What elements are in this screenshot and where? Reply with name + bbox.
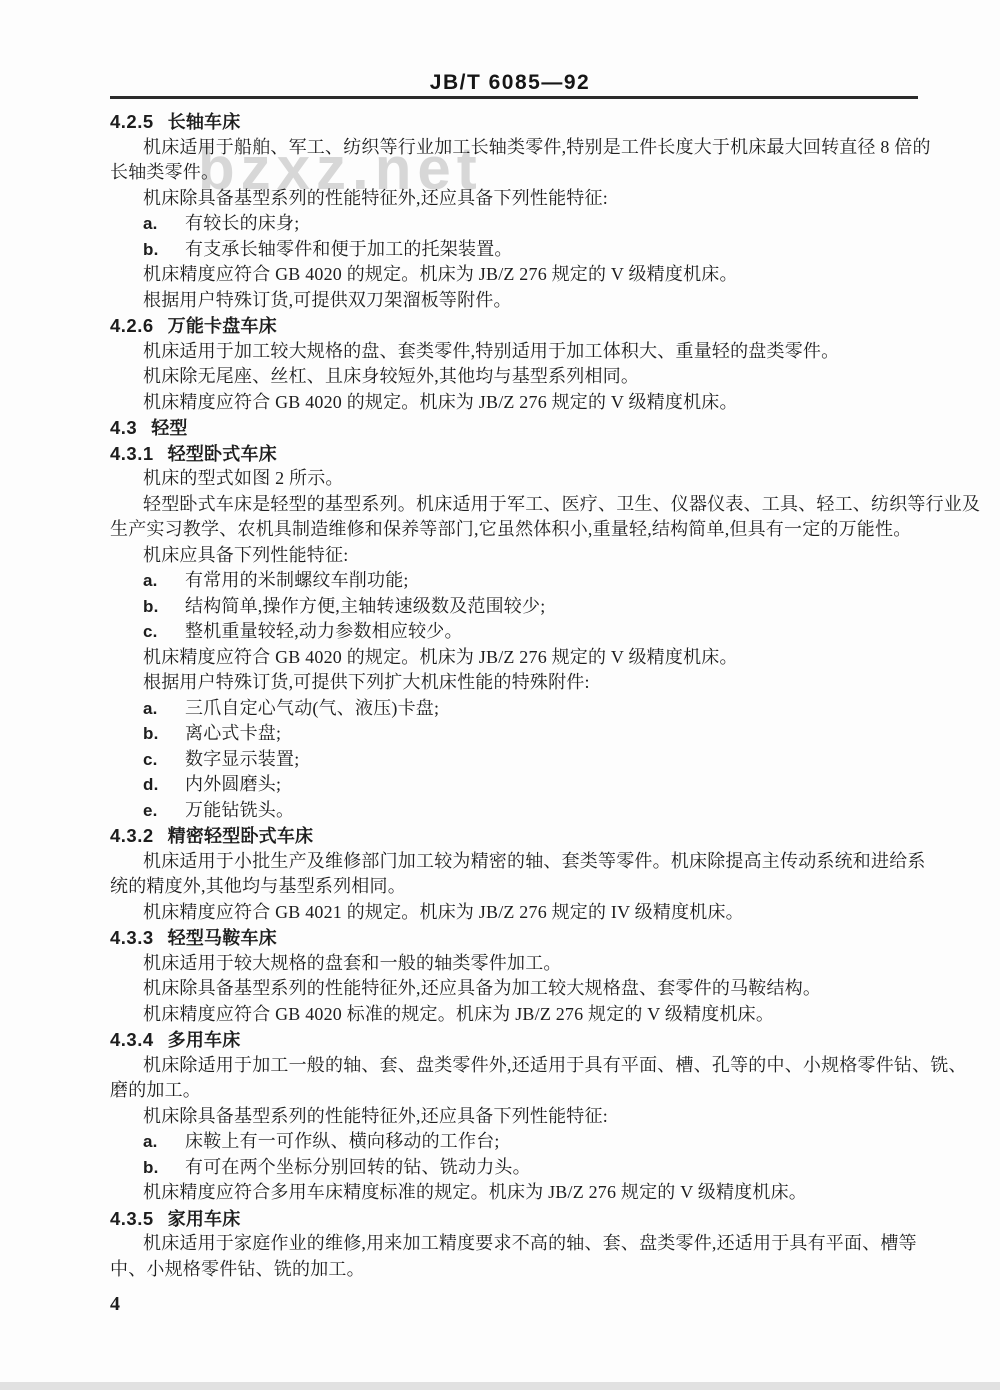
section-number: 4.3.3 [110, 927, 154, 948]
list-item: a.床鞍上有一可作纵、横向移动的工作台; [110, 1129, 920, 1155]
list-item-marker: c. [143, 747, 185, 773]
section-number: 4.3.2 [110, 825, 154, 846]
section-number: 4.3.1 [110, 443, 154, 464]
paragraph-first-line: 机床适用于小批生产及维修部门加工较为精密的轴、套类等零件。机床除提高主传动系统和… [110, 849, 920, 875]
list-item: c.整机重量较轻,动力参数相应较少。 [110, 619, 920, 645]
paragraph-text: 轻型卧式车床是轻型的基型系列。机床适用于军工、医疗、卫生、仪器仪表、工具、轻工、… [143, 494, 980, 514]
list-item-marker: e. [143, 798, 185, 824]
paragraph-first-line: 机床除无尾座、丝杠、且床身较短外,其他均与基型系列相同。 [110, 364, 920, 390]
paragraph-text: 根据用户特殊订货,可提供双刀架溜板等附件。 [143, 290, 512, 310]
paragraph-first-line: 机床精度应符合 GB 4021 的规定。机床为 JB/Z 276 规定的 IV … [110, 900, 920, 926]
section-number: 4.3.4 [110, 1029, 154, 1050]
section-title: 万能卡盘车床 [168, 316, 277, 336]
paragraph-text: 机床除适用于加工一般的轴、套、盘类零件外,还适用于具有平面、槽、孔等的中、小规格… [143, 1055, 967, 1075]
section-heading: 4.3.2精密轻型卧式车床 [110, 823, 920, 849]
paragraph-text: 机床除具备基型系列的性能特征外,还应具备为加工较大规格盘、套零件的马鞍结构。 [143, 978, 821, 998]
paragraph-text: 机床除具备基型系列的性能特征外,还应具备下列性能特征: [143, 188, 608, 208]
paragraph-text: 中、小规格零件钻、铣的加工。 [110, 1259, 365, 1279]
list-item-text: 数字显示装置; [185, 749, 299, 769]
paragraph-text: 机床应具备下列性能特征: [143, 545, 348, 565]
section-number: 4.2.6 [110, 315, 154, 336]
paragraph-first-line: 机床适用于家庭作业的维修,用来加工精度要求不高的轴、套、盘类零件,还适用于具有平… [110, 1231, 920, 1257]
paragraph-first-line: 机床精度应符合 GB 4020 的规定。机床为 JB/Z 276 规定的 V 级… [110, 645, 920, 671]
paragraph-first-line: 机床除具备基型系列的性能特征外,还应具备下列性能特征: [110, 1104, 920, 1130]
list-item-marker: d. [143, 772, 185, 798]
paragraph-first-line: 机床适用于船舶、军工、纺织等行业加工长轴类零件,特别是工件长度大于机床最大回转直… [110, 135, 920, 161]
list-item-text: 内外圆磨头; [185, 774, 281, 794]
standard-number: JB/T 6085—92 [430, 71, 590, 94]
list-item-marker: b. [143, 721, 185, 747]
paragraph-text: 机床精度应符合 GB 4021 的规定。机床为 JB/Z 276 规定的 IV … [143, 902, 744, 922]
list-item-text: 有可在两个坐标分别回转的钻、铣动力头。 [185, 1157, 531, 1177]
list-item-text: 有支承长轴零件和便于加工的托架装置。 [185, 239, 513, 259]
list-item: b.有支承长轴零件和便于加工的托架装置。 [110, 237, 920, 263]
list-item-marker: a. [143, 696, 185, 722]
paragraph-continuation-line: 中、小规格零件钻、铣的加工。 [110, 1257, 920, 1283]
page-header: JB/T 6085—92 [0, 71, 1000, 95]
list-item-text: 万能钻铣头。 [185, 800, 294, 820]
paragraph-first-line: 机床除适用于加工一般的轴、套、盘类零件外,还适用于具有平面、槽、孔等的中、小规格… [110, 1053, 920, 1079]
scan-bottom-edge [0, 1382, 1000, 1390]
paragraph-first-line: 机床应具备下列性能特征: [110, 543, 920, 569]
paragraph-first-line: 机床精度应符合 GB 4020 的规定。机床为 JB/Z 276 规定的 V 级… [110, 390, 920, 416]
paragraph-text: 机床适用于小批生产及维修部门加工较为精密的轴、套类等零件。机床除提高主传动系统和… [143, 851, 926, 871]
paragraph-text: 根据用户特殊订货,可提供下列扩大机床性能的特殊附件: [143, 672, 590, 692]
list-item: a.有较长的床身; [110, 211, 920, 237]
list-item: c.数字显示装置; [110, 747, 920, 773]
list-item-marker: b. [143, 237, 185, 263]
paragraph-text: 机床精度应符合 GB 4020 标准的规定。机床为 JB/Z 276 规定的 V… [143, 1004, 774, 1024]
paragraph-text: 机床适用于家庭作业的维修,用来加工精度要求不高的轴、套、盘类零件,还适用于具有平… [143, 1233, 917, 1253]
list-item-text: 有常用的米制螺纹车削功能; [185, 570, 409, 590]
list-item-text: 有较长的床身; [185, 213, 299, 233]
list-item-marker: b. [143, 1155, 185, 1181]
list-item-text: 离心式卡盘; [185, 723, 281, 743]
paragraph-first-line: 机床适用于加工较大规格的盘、套类零件,特别适用于加工体积大、重量轻的盘类零件。 [110, 339, 920, 365]
section-title: 精密轻型卧式车床 [168, 826, 314, 846]
section-title: 轻型 [151, 418, 187, 438]
section-heading: 4.3.4多用车床 [110, 1027, 920, 1053]
section-number: 4.3 [110, 417, 137, 438]
paragraph-text: 机床除具备基型系列的性能特征外,还应具备下列性能特征: [143, 1106, 608, 1126]
paragraph-first-line: 根据用户特殊订货,可提供双刀架溜板等附件。 [110, 288, 920, 314]
paragraph-text: 机床的型式如图 2 所示。 [143, 468, 344, 488]
section-number: 4.2.5 [110, 111, 154, 132]
paragraph-first-line: 机床的型式如图 2 所示。 [110, 466, 920, 492]
paragraph-text: 机床除无尾座、丝杠、且床身较短外,其他均与基型系列相同。 [143, 366, 639, 386]
section-heading: 4.2.5长轴车床 [110, 109, 920, 135]
section-heading: 4.3轻型 [110, 415, 920, 441]
paragraph-first-line: 根据用户特殊订货,可提供下列扩大机床性能的特殊附件: [110, 670, 920, 696]
section-heading: 4.3.3轻型马鞍车床 [110, 925, 920, 951]
paragraph-first-line: 机床精度应符合多用车床精度标准的规定。机床为 JB/Z 276 规定的 V 级精… [110, 1180, 920, 1206]
list-item-marker: c. [143, 619, 185, 645]
section-title: 轻型卧式车床 [168, 444, 277, 464]
list-item: e.万能钻铣头。 [110, 798, 920, 824]
paragraph-continuation-line: 生产实习教学、农机具制造维修和保养等部门,它虽然体积小,重量轻,结构简单,但具有… [110, 517, 920, 543]
list-item-text: 整机重量较轻,动力参数相应较少。 [185, 621, 463, 641]
list-item: a.有常用的米制螺纹车削功能; [110, 568, 920, 594]
list-item: b.结构简单,操作方便,主轴转速级数及范围较少; [110, 594, 920, 620]
section-heading: 4.3.5家用车床 [110, 1206, 920, 1232]
paragraph-text: 长轴类零件。 [110, 162, 219, 182]
paragraph-continuation-line: 长轴类零件。 [110, 160, 920, 186]
paragraph-first-line: 机床精度应符合 GB 4020 的规定。机床为 JB/Z 276 规定的 V 级… [110, 262, 920, 288]
paragraph-continuation-line: 磨的加工。 [110, 1078, 920, 1104]
list-item-marker: a. [143, 568, 185, 594]
paragraph-first-line: 轻型卧式车床是轻型的基型系列。机床适用于军工、医疗、卫生、仪器仪表、工具、轻工、… [110, 492, 920, 518]
list-item: a.三爪自定心气动(气、液压)卡盘; [110, 696, 920, 722]
paragraph-text: 统的精度外,其他均与基型系列相同。 [110, 876, 406, 896]
paragraph-text: 磨的加工。 [110, 1080, 201, 1100]
section-heading: 4.3.1轻型卧式车床 [110, 441, 920, 467]
list-item: b.离心式卡盘; [110, 721, 920, 747]
document-body: 4.2.5长轴车床机床适用于船舶、军工、纺织等行业加工长轴类零件,特别是工件长度… [110, 109, 920, 1282]
list-item-text: 三爪自定心气动(气、液压)卡盘; [185, 698, 439, 718]
list-item: d.内外圆磨头; [110, 772, 920, 798]
section-heading: 4.2.6万能卡盘车床 [110, 313, 920, 339]
page-number: 4 [110, 1293, 120, 1316]
paragraph-text: 机床适用于船舶、军工、纺织等行业加工长轴类零件,特别是工件长度大于机床最大回转直… [143, 137, 931, 157]
list-item-text: 结构简单,操作方便,主轴转速级数及范围较少; [185, 596, 545, 616]
list-item-marker: b. [143, 594, 185, 620]
paragraph-first-line: 机床精度应符合 GB 4020 标准的规定。机床为 JB/Z 276 规定的 V… [110, 1002, 920, 1028]
list-item-text: 床鞍上有一可作纵、横向移动的工作台; [185, 1131, 500, 1151]
paragraph-continuation-line: 统的精度外,其他均与基型系列相同。 [110, 874, 920, 900]
list-item-marker: a. [143, 1129, 185, 1155]
section-title: 家用车床 [168, 1209, 241, 1229]
paragraph-text: 机床适用于加工较大规格的盘、套类零件,特别适用于加工体积大、重量轻的盘类零件。 [143, 341, 839, 361]
paragraph-text: 生产实习教学、农机具制造维修和保养等部门,它虽然体积小,重量轻,结构简单,但具有… [110, 519, 911, 539]
list-item: b.有可在两个坐标分别回转的钻、铣动力头。 [110, 1155, 920, 1181]
paragraph-text: 机床适用于较大规格的盘套和一般的轴类零件加工。 [143, 953, 562, 973]
paragraph-first-line: 机床除具备基型系列的性能特征外,还应具备为加工较大规格盘、套零件的马鞍结构。 [110, 976, 920, 1002]
header-rule [110, 96, 918, 99]
section-number: 4.3.5 [110, 1208, 154, 1229]
paragraph-text: 机床精度应符合 GB 4020 的规定。机床为 JB/Z 276 规定的 V 级… [143, 647, 738, 667]
paragraph-text: 机床精度应符合 GB 4020 的规定。机床为 JB/Z 276 规定的 V 级… [143, 264, 738, 284]
document-page: JB/T 6085—92 bzxz.net 4.2.5长轴车床机床适用于船舶、军… [0, 0, 1000, 1390]
section-title: 长轴车床 [168, 112, 241, 132]
paragraph-first-line: 机床适用于较大规格的盘套和一般的轴类零件加工。 [110, 951, 920, 977]
section-title: 轻型马鞍车床 [168, 928, 277, 948]
paragraph-text: 机床精度应符合 GB 4020 的规定。机床为 JB/Z 276 规定的 V 级… [143, 392, 738, 412]
section-title: 多用车床 [168, 1030, 241, 1050]
paragraph-first-line: 机床除具备基型系列的性能特征外,还应具备下列性能特征: [110, 186, 920, 212]
list-item-marker: a. [143, 211, 185, 237]
paragraph-text: 机床精度应符合多用车床精度标准的规定。机床为 JB/Z 276 规定的 V 级精… [143, 1182, 807, 1202]
